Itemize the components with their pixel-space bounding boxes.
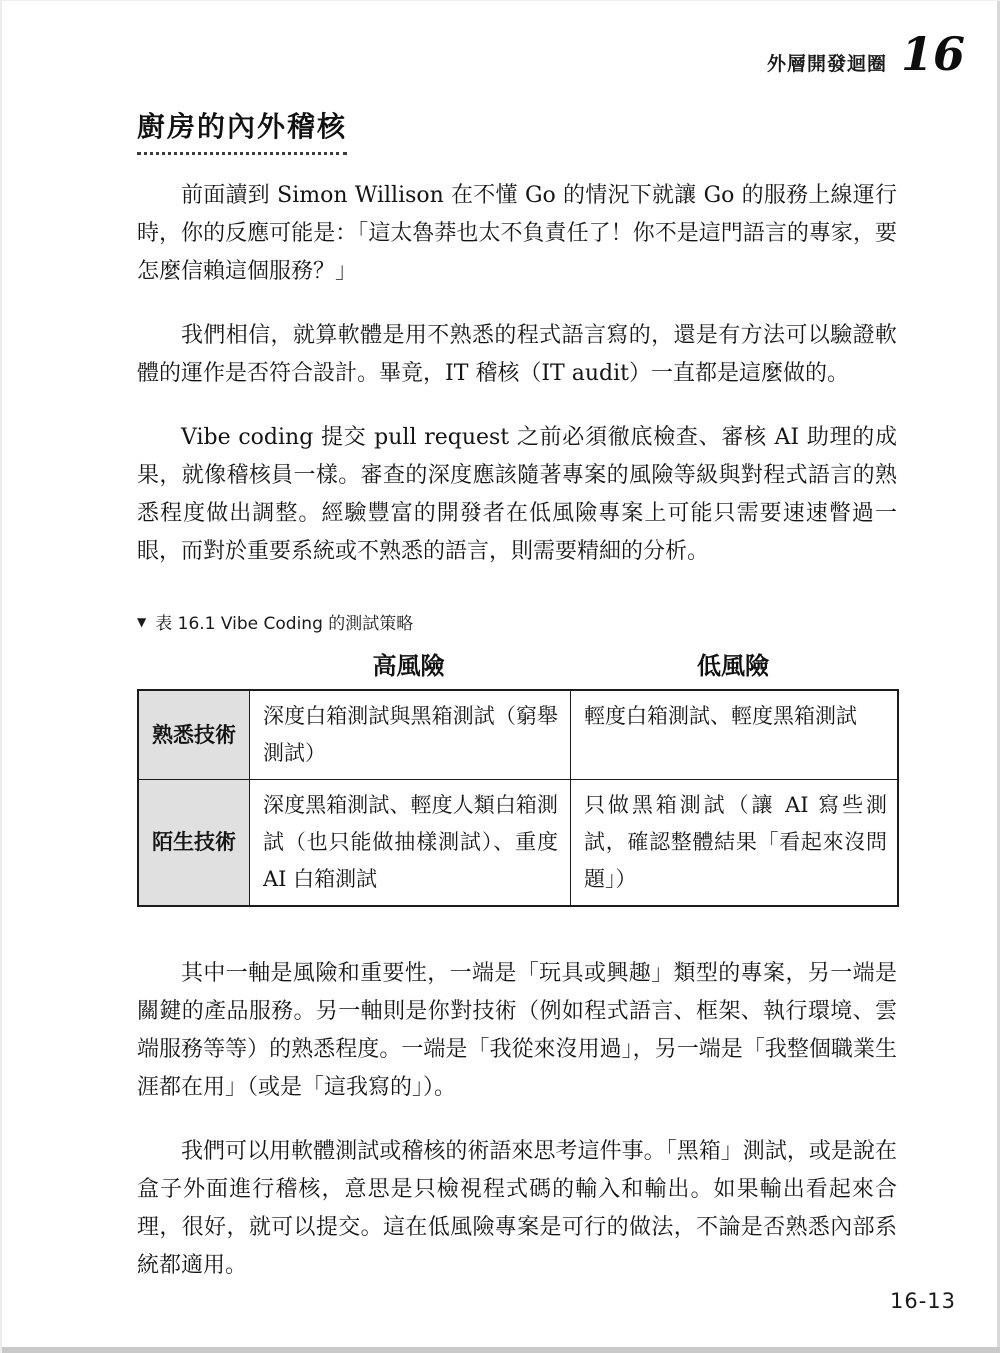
page-scan-edge-bottom [2,1347,1000,1353]
section-heading: 廚房的內外稽核 [137,105,347,155]
chapter-number: 16 [901,31,965,77]
column-header-low-risk: 低風險 [569,646,897,681]
paragraph: 前面讀到 Simon Willison 在不懂 Go 的情況下就讓 Go 的服務… [137,177,897,291]
paragraph: Vibe coding 提交 pull request 之前必須徹底檢查、審核 … [137,419,897,571]
running-header-section-title: 外層開發迴圈 [767,49,887,76]
paragraph: 我們可以用軟體測試或稽核的術語來思考這件事。「黑箱」測試，或是說在盒子外面進行稽… [137,1133,897,1285]
triangle-marker-icon: ▼ [137,616,146,628]
table-cell-unfamiliar-high-risk: 深度黑箱測試、輕度人類白箱測試（也只能做抽樣測試）、重度 AI 白箱測試 [250,780,571,905]
test-strategy-table: 熟悉技術 深度白箱測試與黑箱測試（窮舉測試） 輕度白箱測試、輕度黑箱測試 陌生技… [137,689,899,907]
table-corner-spacer [137,646,248,681]
row-header-unfamiliar-tech: 陌生技術 [139,780,250,905]
table-cell-unfamiliar-low-risk: 只做黑箱測試（讓 AI 寫些測試，確認整體結果「看起來沒問題」） [571,780,899,905]
page-number: 16-13 [890,1289,956,1313]
column-header-high-risk: 高風險 [248,646,569,681]
book-page: { "header": { "section_title": "外層開發迴圈",… [0,0,1000,1353]
paragraph: 其中一軸是風險和重要性，一端是「玩具或興趣」類型的專案，另一端是關鍵的產品服務。… [137,955,897,1107]
paragraph: 我們相信，就算軟體是用不熟悉的程式語言寫的，還是有方法可以驗證軟體的運作是否符合… [137,317,897,393]
running-header: 外層開發迴圈 16 [767,31,965,77]
table-column-headers: 高風險 低風險 [137,646,897,681]
table-caption: ▼ 表 16.1 Vibe Coding 的測試策略 [137,609,897,634]
table-cell-familiar-low-risk: 輕度白箱測試、輕度黑箱測試 [571,691,899,780]
table-cell-familiar-high-risk: 深度白箱測試與黑箱測試（窮舉測試） [250,691,571,780]
table-caption-text: 表 16.1 Vibe Coding 的測試策略 [155,609,413,634]
page-content: 廚房的內外稽核 前面讀到 Simon Willison 在不懂 Go 的情況下就… [137,105,897,1285]
row-header-familiar-tech: 熟悉技術 [139,691,250,780]
